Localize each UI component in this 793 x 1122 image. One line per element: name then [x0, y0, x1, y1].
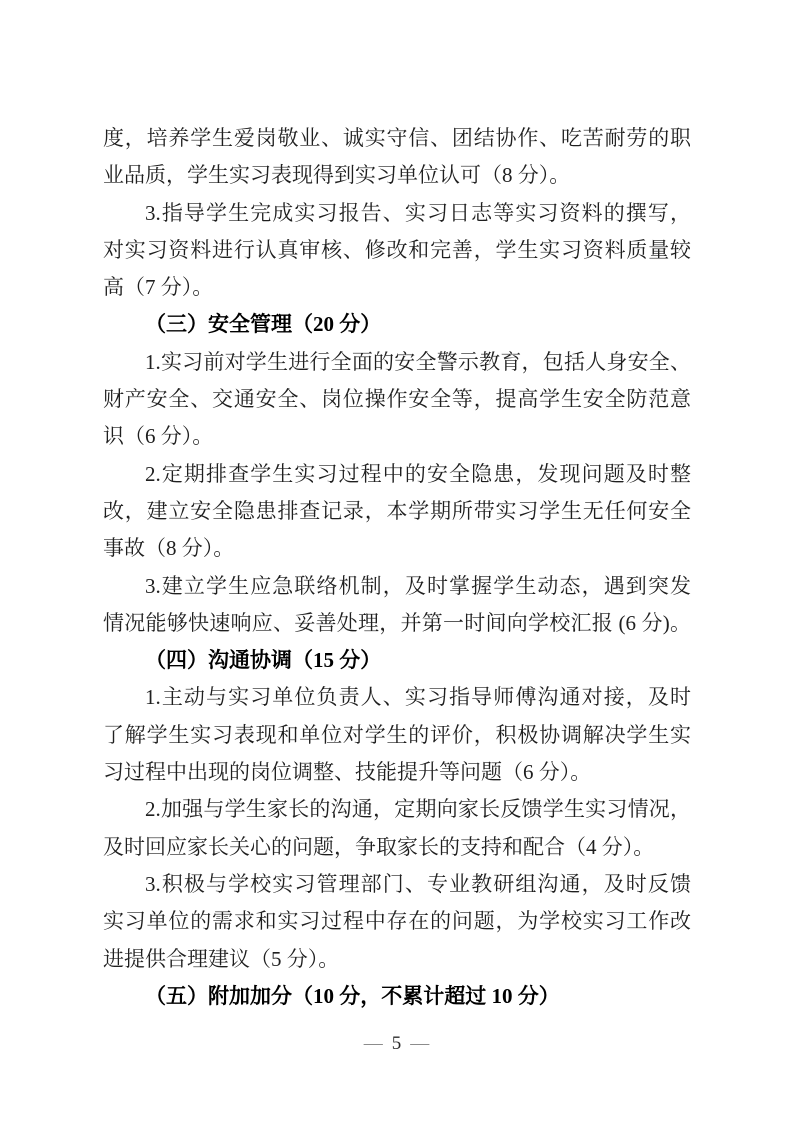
body-line: 3.积极与学校实习管理部门、专业教研组沟通，及时反馈	[103, 866, 691, 903]
page-footer: —5—	[0, 1032, 793, 1056]
section-heading-communication: （四）沟通协调（15 分）	[103, 642, 691, 679]
document-page: 度，培养学生爱岗敬业、诚实守信、团结协作、吃苦耐劳的职 业品质，学生实习表现得到…	[0, 0, 793, 1122]
body-line: 改，建立安全隐患排查记录，本学期所带实习学生无任何安全	[103, 493, 691, 530]
body-line: 了解学生实习表现和单位对学生的评价，积极协调解决学生实	[103, 717, 691, 754]
body-line: 对实习资料进行认真审核、修改和完善，学生实习资料质量较	[103, 232, 691, 269]
body-line: 情况能够快速响应、妥善处理，并第一时间向学校汇报 (6 分)。	[103, 605, 691, 642]
body-line: 进提供合理建议（5 分）。	[103, 941, 691, 978]
body-line: 高（7 分）。	[103, 269, 691, 306]
body-line: 及时回应家长关心的问题，争取家长的支持和配合（4 分）。	[103, 829, 691, 866]
footer-left-dash: —	[364, 1033, 383, 1054]
body-line: 事故（8 分）。	[103, 530, 691, 567]
page-body-text: 度，培养学生爱岗敬业、诚实守信、团结协作、吃苦耐劳的职 业品质，学生实习表现得到…	[103, 120, 691, 1015]
body-line: 3.建立学生应急联络机制，及时掌握学生动态，遇到突发	[103, 568, 691, 605]
section-heading-bonus: （五）附加加分（10 分，不累计超过 10 分）	[103, 978, 691, 1015]
body-line: 2.加强与学生家长的沟通，定期向家长反馈学生实习情况，	[103, 791, 691, 828]
body-line: 业品质，学生实习表现得到实习单位认可（8 分）。	[103, 157, 691, 194]
body-line: 1.实习前对学生进行全面的安全警示教育，包括人身安全、	[103, 344, 691, 381]
footer-right-dash: —	[410, 1033, 429, 1054]
body-line: 习过程中出现的岗位调整、技能提升等问题（6 分）。	[103, 754, 691, 791]
section-heading-safety: （三）安全管理（20 分）	[103, 306, 691, 343]
body-line: 3.指导学生完成实习报告、实习日志等实习资料的撰写，	[103, 195, 691, 232]
body-line: 财产安全、交通安全、岗位操作安全等，提高学生安全防范意	[103, 381, 691, 418]
body-line: 识（6 分）。	[103, 418, 691, 455]
body-line: 2.定期排查学生实习过程中的安全隐患，发现问题及时整	[103, 456, 691, 493]
body-line: 1.主动与实习单位负责人、实习指导师傅沟通对接，及时	[103, 679, 691, 716]
body-line: 度，培养学生爱岗敬业、诚实守信、团结协作、吃苦耐劳的职	[103, 120, 691, 157]
body-line: 实习单位的需求和实习过程中存在的问题，为学校实习工作改	[103, 903, 691, 940]
page-number: 5	[392, 1033, 402, 1054]
